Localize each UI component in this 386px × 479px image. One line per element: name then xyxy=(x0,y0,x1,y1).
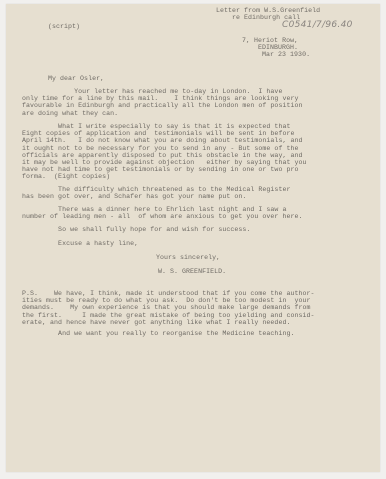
letter-date: Mar 23 1930. xyxy=(262,51,310,58)
body-line: forma. (Eight copies) xyxy=(22,173,322,180)
body-line: What I write especially to say is that i… xyxy=(22,123,322,130)
postscript-final: And we want you really to reorganise the… xyxy=(22,330,322,337)
body-line: officials are apparently disposed to put… xyxy=(22,152,322,159)
letter-page: Letter from W.S.Greenfield re Edinburgh … xyxy=(6,4,380,472)
postscript-line: demands. My own experience is that you s… xyxy=(22,304,322,311)
postscript-line: erate, and hence have never got anything… xyxy=(22,319,322,326)
body-line: There was a dinner here to Ehrlich last … xyxy=(22,206,322,213)
body-line: it may be well to provide against object… xyxy=(22,159,322,166)
body-line: has been got over, and Schafer has got y… xyxy=(22,193,322,200)
body-line: it ought not to be necessary for you to … xyxy=(22,145,322,152)
body-line: number of leading men - all of whom are … xyxy=(22,213,322,220)
signature: W. S. GREENFIELD. xyxy=(158,268,226,275)
paragraph-5: So we shall fully hope for and wish for … xyxy=(22,226,322,233)
archive-reference-number: C0541/7/96.40 xyxy=(282,20,353,30)
paragraph-4: There was a dinner here to Ehrlich last … xyxy=(22,206,322,220)
body-line: Excuse a hasty line, xyxy=(22,240,322,247)
postscript-line: the first. I made the great mistake of b… xyxy=(22,312,322,319)
body-line: The difficulty which threatened as to th… xyxy=(22,186,322,193)
paragraph-6: Excuse a hasty line, xyxy=(22,240,322,247)
body-line: Eight copies of application and testimon… xyxy=(22,130,322,137)
paragraph-2: What I write especially to say is that i… xyxy=(22,123,322,181)
body-line: only time for a line by this mail. I thi… xyxy=(22,95,322,102)
postscript-line: ities must be ready to do what you ask. … xyxy=(22,297,322,304)
body-line: So we shall fully hope for and wish for … xyxy=(22,226,322,233)
body-line: April 14th. I do not know what you are d… xyxy=(22,137,322,144)
body-line: are doing what they can. xyxy=(22,110,322,117)
postscript-line: And we want you really to reorganise the… xyxy=(22,330,322,337)
postscript-line: P.S. We have, I think, made it understoo… xyxy=(22,290,322,297)
body-line: Your letter has reached me to-day in Lon… xyxy=(22,88,322,95)
body-line: have not had time to get testimonials or… xyxy=(22,166,322,173)
postscript: P.S. We have, I think, made it understoo… xyxy=(22,290,322,326)
script-tag: (script) xyxy=(48,23,80,30)
valediction: Yours sincerely, xyxy=(156,254,220,261)
paragraph-3: The difficulty which threatened as to th… xyxy=(22,186,322,200)
paragraph-1: Your letter has reached me to-day in Lon… xyxy=(22,88,322,117)
body-line: favourable in Edinburgh and practically … xyxy=(22,102,322,109)
salutation: My dear Osler, xyxy=(48,75,104,82)
